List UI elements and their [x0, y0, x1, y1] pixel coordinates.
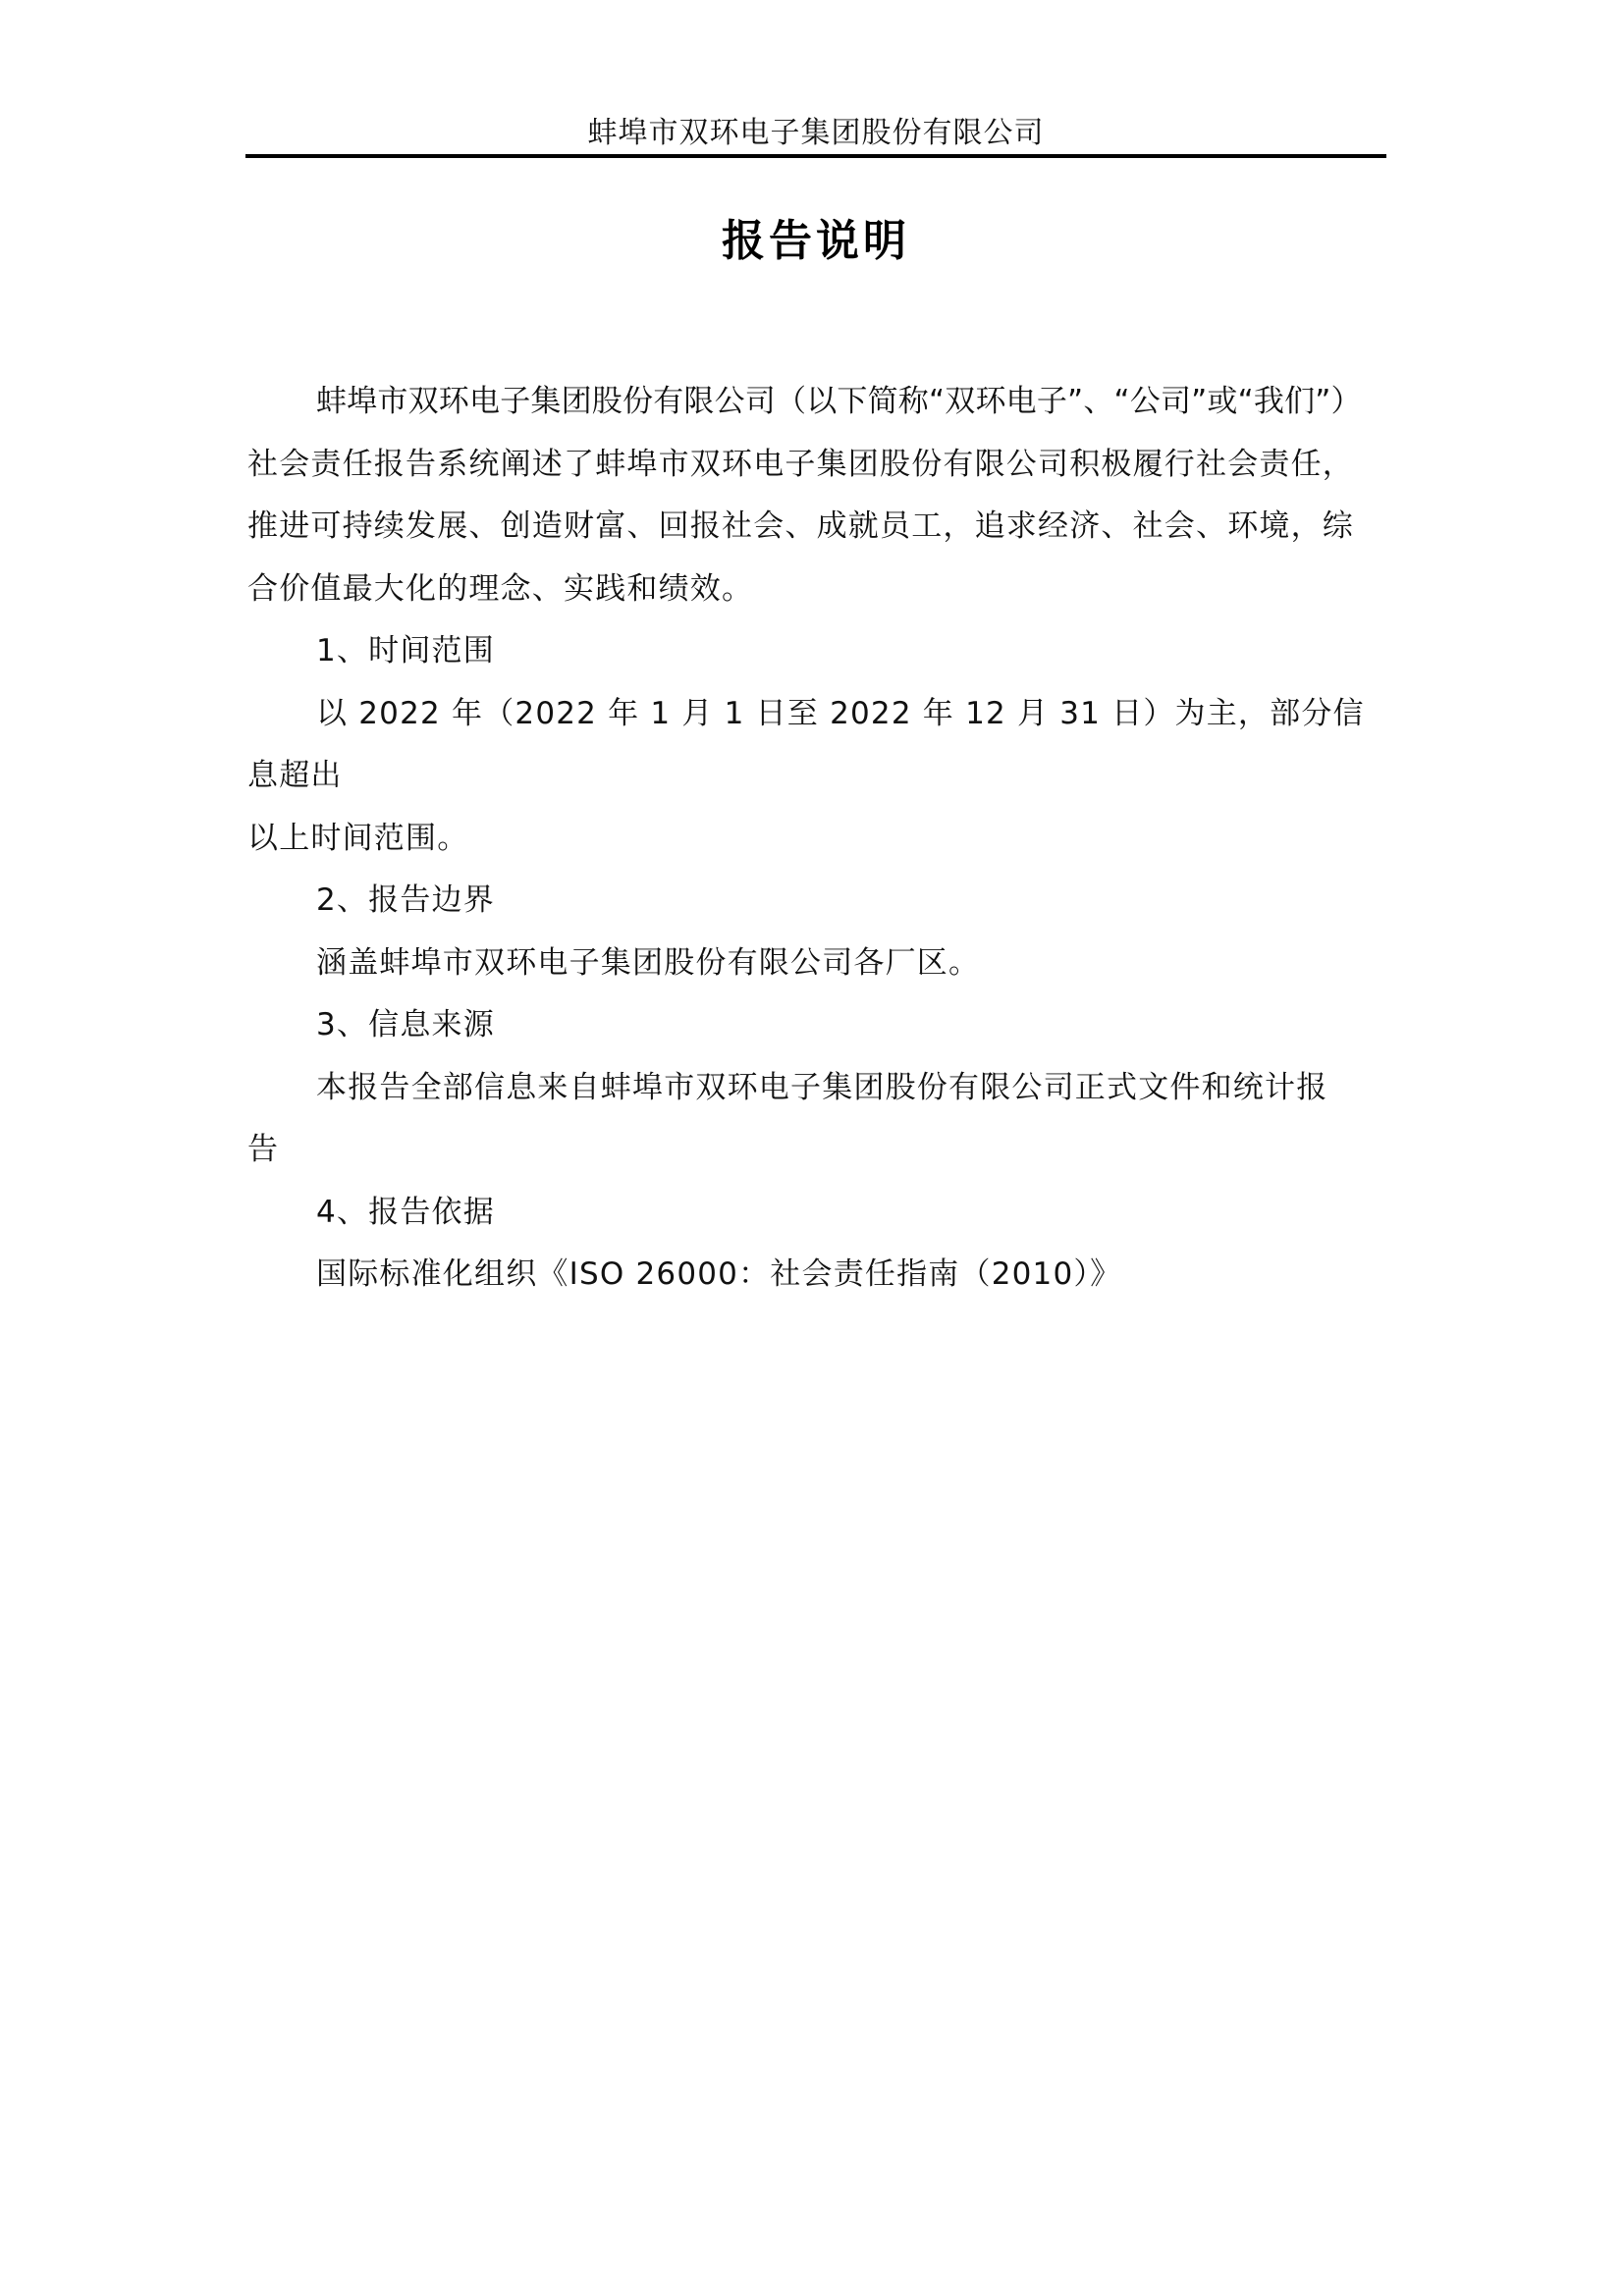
running-header-company-name: 蚌埠市双环电子集团股份有限公司 — [245, 116, 1386, 151]
section-heading: 3、信息来源 — [247, 994, 1386, 1057]
section-text-line: 国际标准化组织《ISO 26000：社会责任指南（2010）》 — [247, 1244, 1386, 1307]
section-information-source: 3、信息来源 本报告全部信息来自蚌埠市双环电子集团股份有限公司正式文件和统计报 … — [247, 994, 1386, 1182]
section-text-line: 以上时间范围。 — [247, 808, 1386, 871]
intro-line-1: 蚌埠市双环电子集团股份有限公司（以下简称“双环电子”、“公司”或“我们”） — [247, 371, 1386, 434]
header-divider — [245, 154, 1386, 158]
section-text-line: 涵盖蚌埠市双环电子集团股份有限公司各厂区。 — [247, 933, 1386, 995]
intro-line-2: 社会责任报告系统阐述了蚌埠市双环电子集团股份有限公司积极履行社会责任， — [247, 434, 1386, 497]
intro-line-3: 推进可持续发展、创造财富、回报社会、成就员工，追求经济、社会、环境，综 — [247, 496, 1386, 559]
document-page: 蚌埠市双环电子集团股份有限公司 报告说明 蚌埠市双环电子集团股份有限公司（以下简… — [0, 0, 1624, 2296]
document-body: 蚌埠市双环电子集团股份有限公司（以下简称“双环电子”、“公司”或“我们”） 社会… — [247, 371, 1386, 1307]
intro-line-4: 合价值最大化的理念、实践和绩效。 — [247, 559, 1386, 621]
section-heading: 1、时间范围 — [247, 620, 1386, 683]
section-heading: 2、报告边界 — [247, 870, 1386, 933]
page-title: 报告说明 — [245, 214, 1386, 269]
section-time-range: 1、时间范围 以 2022 年（2022 年 1 月 1 日至 2022 年 1… — [247, 620, 1386, 870]
intro-paragraph: 蚌埠市双环电子集团股份有限公司（以下简称“双环电子”、“公司”或“我们”） 社会… — [247, 371, 1386, 620]
section-text-line: 本报告全部信息来自蚌埠市双环电子集团股份有限公司正式文件和统计报 — [247, 1057, 1386, 1120]
section-report-basis: 4、报告依据 国际标准化组织《ISO 26000：社会责任指南（2010）》 — [247, 1182, 1386, 1307]
section-report-boundary: 2、报告边界 涵盖蚌埠市双环电子集团股份有限公司各厂区。 — [247, 870, 1386, 994]
section-text-line: 以 2022 年（2022 年 1 月 1 日至 2022 年 12 月 31 … — [247, 683, 1386, 808]
section-text-line: 告 — [247, 1119, 1386, 1182]
section-heading: 4、报告依据 — [247, 1182, 1386, 1245]
